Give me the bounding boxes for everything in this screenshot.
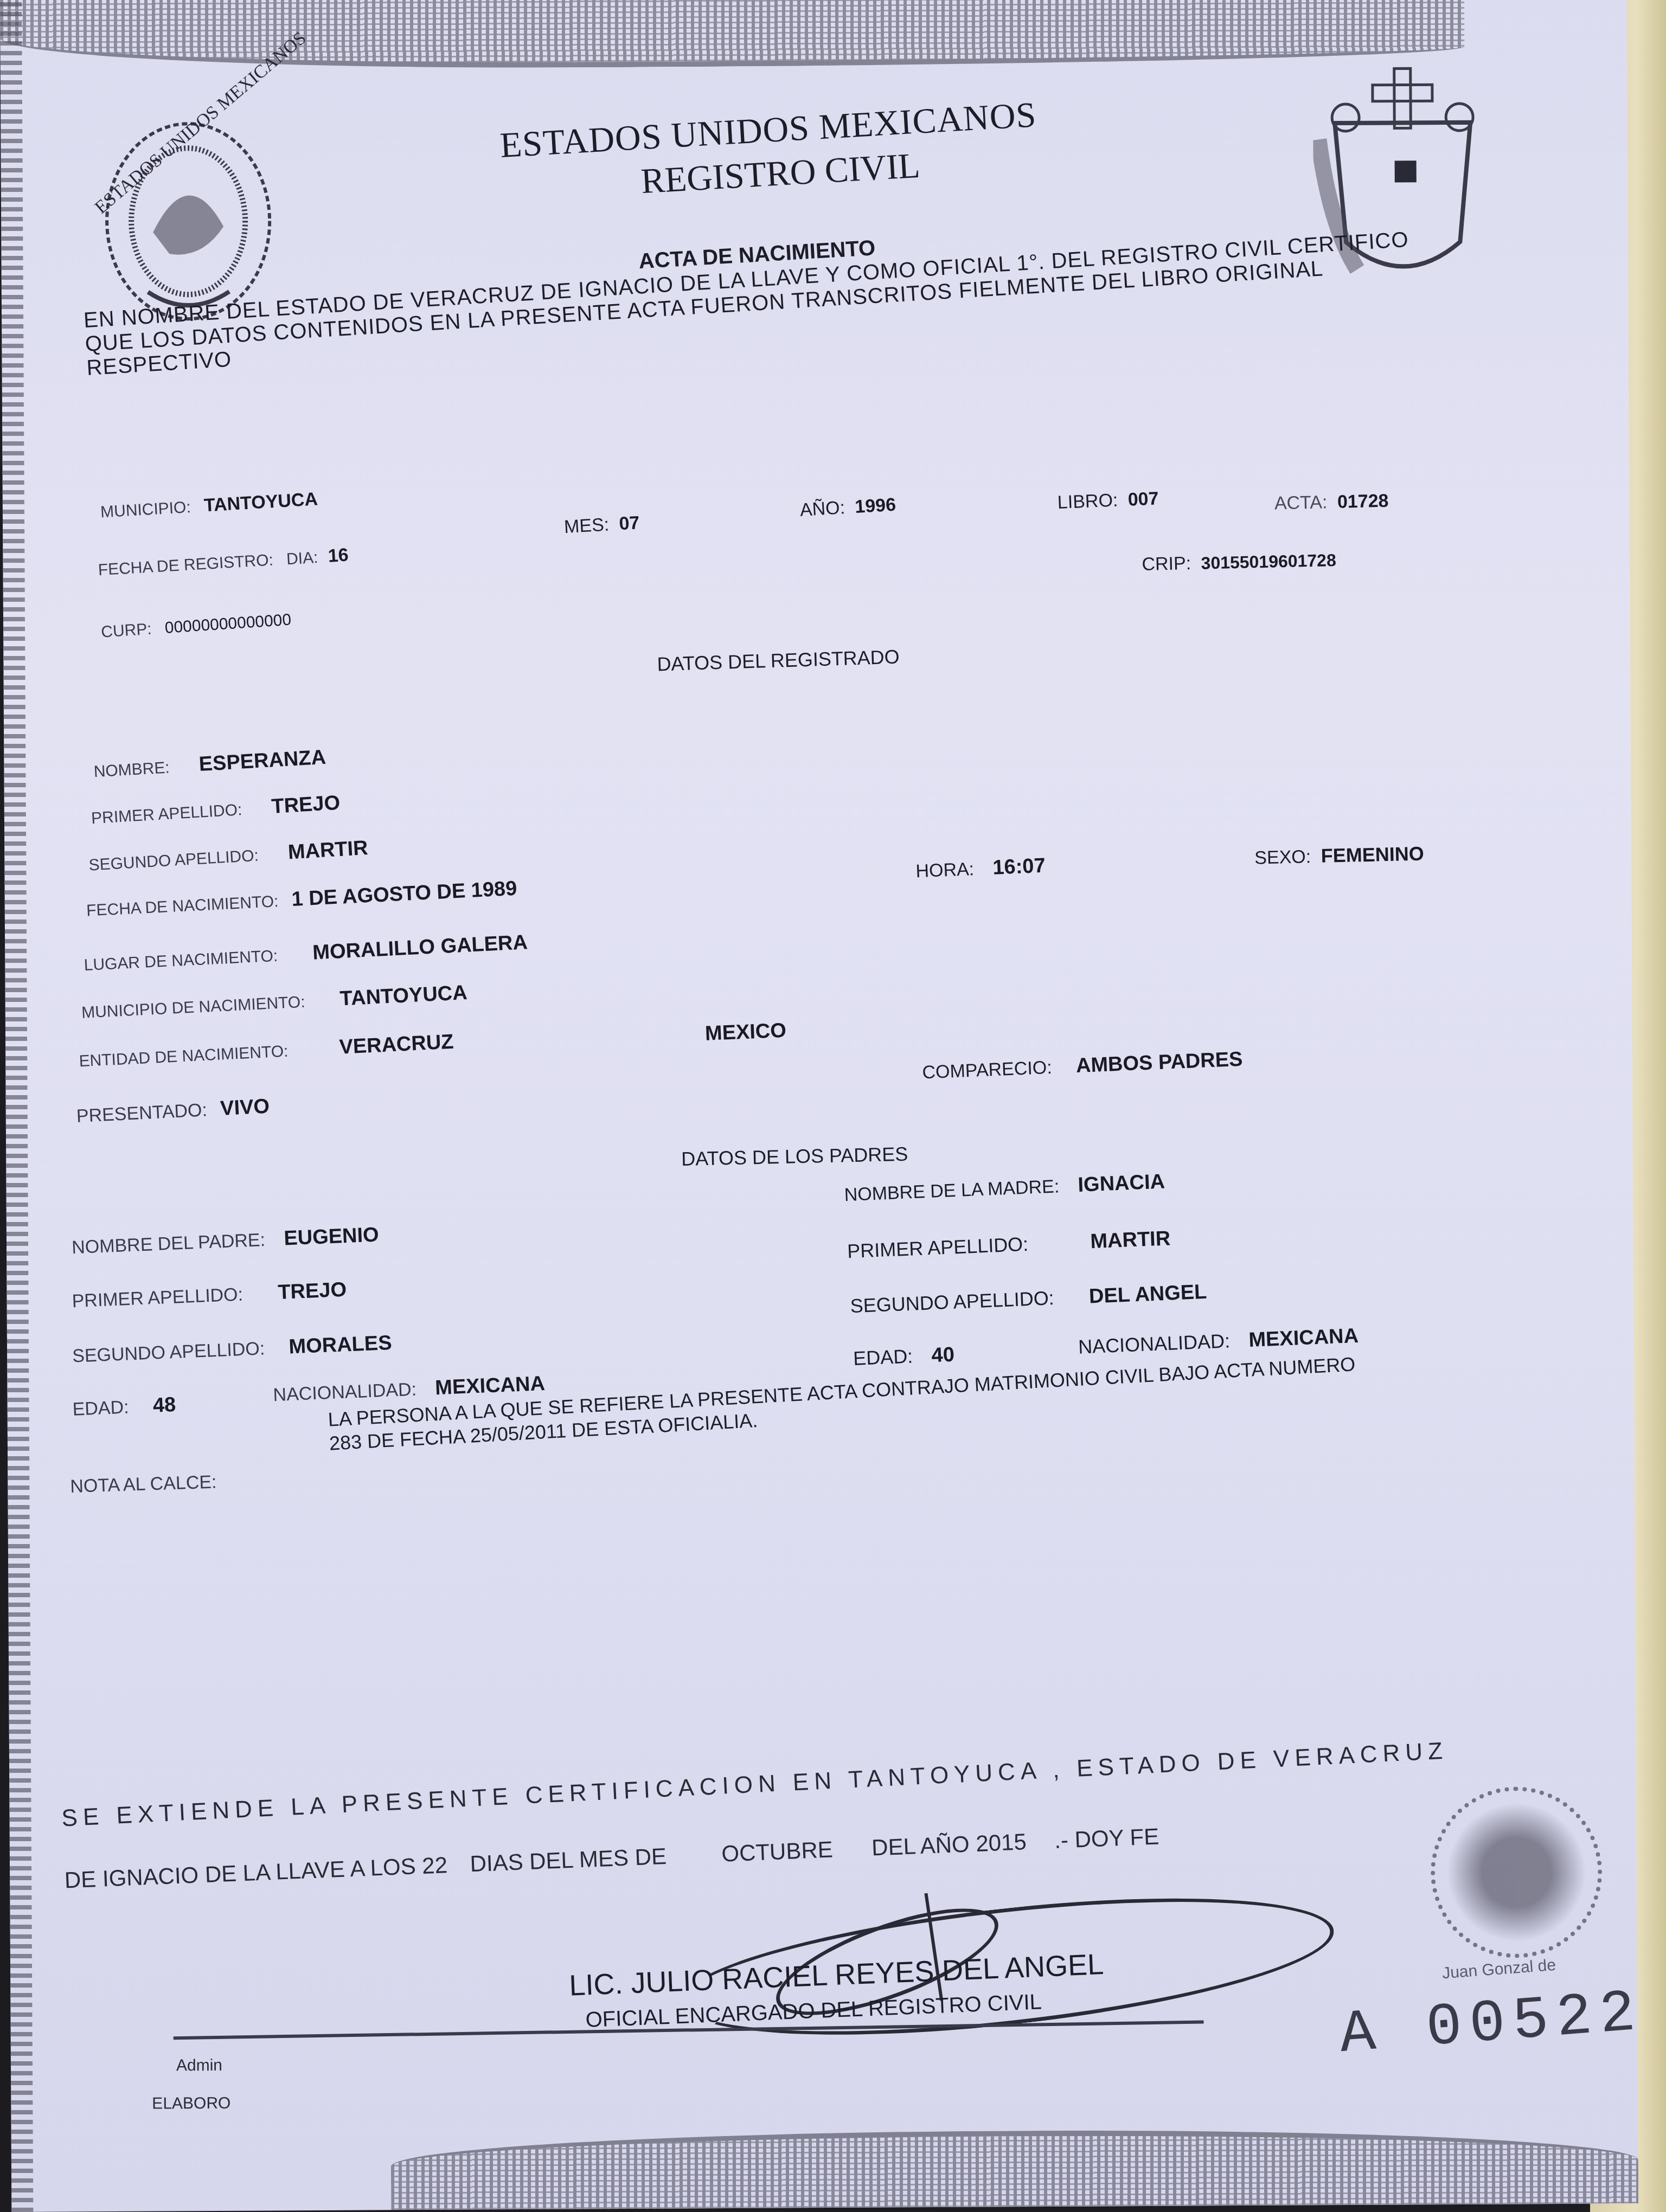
mes-value: 07 (618, 512, 640, 534)
comparecio-label: COMPARECIO: (922, 1057, 1053, 1083)
anio-label: AÑO: (799, 497, 845, 520)
madre-edad-label: EDAD: (853, 1345, 913, 1369)
fecha-nacimiento-value: 1 DE AGOSTO DE 1989 (291, 877, 518, 911)
curp-label: CURP: (100, 620, 152, 641)
field-hora: HORA: 16:07 (915, 854, 1046, 883)
acta-value: 01728 (1337, 491, 1389, 512)
field-madre-nombre: NOMBRE DE LA MADRE: IGNACIA (844, 1170, 1165, 1206)
field-fecha-registro: FECHA DE REGISTRO: DIA: 16 (98, 545, 349, 581)
field-municipio: MUNICIPIO: TANTOYUCA (100, 488, 318, 522)
madre-nacionalidad-label: NACIONALIDAD: (1078, 1329, 1230, 1358)
field-madre-primer-apellido: PRIMER APELLIDO: MARTIR (847, 1227, 1171, 1263)
dia-label: DIA: (286, 549, 318, 568)
fecha-nacimiento-label: FECHA DE NACIMIENTO: (86, 892, 279, 919)
cert-mes: OCTUBRE (721, 1837, 834, 1867)
padre-primer-apellido-label: PRIMER APELLIDO: (72, 1284, 244, 1312)
municipio-value: TANTOYUCA (203, 488, 318, 516)
municipio-nacimiento-label: MUNICIPIO DE NACIMIENTO: (81, 993, 305, 1022)
ornamental-border-left (0, 0, 33, 2212)
cert-mid: DIAS DEL MES DE (470, 1843, 667, 1877)
certificacion-line-1: SE EXTIENDE LA PRESENTE CERTIFICACION EN… (61, 1737, 1449, 1832)
field-padre-edad: EDAD: 48 (72, 1393, 176, 1421)
crip-value: 30155019601728 (1201, 550, 1336, 573)
field-fecha-nacimiento: FECHA DE NACIMIENTO: 1 DE AGOSTO DE 1989 (86, 877, 517, 922)
madre-primer-apellido-value: MARTIR (1090, 1227, 1171, 1253)
padre-nombre-label: NOMBRE DEL PADRE: (71, 1230, 265, 1258)
padre-primer-apellido-value: TREJO (278, 1278, 347, 1304)
nombre-value: ESPERANZA (198, 746, 326, 776)
madre-nombre-label: NOMBRE DE LA MADRE: (844, 1176, 1060, 1205)
field-comparecio: COMPARECIO: AMBOS PADRES (922, 1048, 1244, 1084)
madre-nombre-value: IGNACIA (1078, 1170, 1165, 1196)
field-libro: LIBRO: 007 (1057, 488, 1159, 513)
field-anio: AÑO: 1996 (799, 494, 896, 521)
presentado-label: PRESENTADO: (76, 1099, 208, 1127)
field-mes: MES: 07 (563, 512, 640, 538)
birth-certificate-sheet: ESTADOS UNIDOS MEXICANOS ESTADOS UNIDOS … (0, 0, 1638, 2212)
section-datos-padres: DATOS DE LOS PADRES (681, 1143, 908, 1171)
fecha-registro-label: FECHA DE REGISTRO: (98, 551, 274, 580)
field-entidad-nacimiento: ENTIDAD DE NACIMIENTO: VERACRUZ (79, 1031, 454, 1072)
certificacion-line-2: DE IGNACIO DE LA LLAVE A LOS 22 DIAS DEL… (64, 1823, 1159, 1893)
padre-segundo-apellido-value: MORALES (289, 1332, 393, 1359)
municipio-label: MUNICIPIO: (100, 498, 191, 522)
field-segundo-apellido: SEGUNDO APELLIDO: MARTIR (88, 837, 368, 876)
padre-nombre-value: EUGENIO (284, 1224, 380, 1250)
cert-anio: 2015 (975, 1829, 1027, 1856)
entidad-nacimiento-label: ENTIDAD DE NACIMIENTO: (79, 1043, 289, 1071)
crip-label: CRIP: (1142, 553, 1191, 575)
libro-value: 007 (1127, 488, 1159, 510)
municipio-nacimiento-value: TANTOYUCA (339, 981, 468, 1010)
padre-segundo-apellido-label: SEGUNDO APELLIDO: (72, 1338, 265, 1366)
section-datos-registrado: DATOS DEL REGISTRADO (657, 645, 900, 676)
sexo-label: SEXO: (1254, 846, 1311, 868)
cert-dia: 22 (421, 1852, 448, 1879)
hora-label: HORA: (915, 859, 975, 882)
field-madre-segundo-apellido: SEGUNDO APELLIDO: DEL ANGEL (850, 1281, 1207, 1318)
pais-value: MEXICO (704, 1019, 787, 1046)
primer-apellido-value: TREJO (271, 792, 341, 818)
madre-segundo-apellido-label: SEGUNDO APELLIDO: (850, 1287, 1054, 1317)
nota-text: LA PERSONA A LA QUE SE REFIERE LA PRESEN… (328, 1352, 1357, 1455)
official-seal-stamp-icon (1430, 1786, 1603, 1959)
acta-label: ACTA: (1274, 492, 1327, 513)
madre-edad-value: 40 (931, 1343, 955, 1367)
field-sexo: SEXO: FEMENINO (1254, 843, 1424, 869)
nota-label: NOTA AL CALCE: (70, 1471, 217, 1497)
stamp-caption: Juan Gonzal de (1441, 1956, 1556, 1983)
field-presentado: PRESENTADO: VIVO (76, 1095, 270, 1128)
padre-nacionalidad-label: NACIONALIDAD: (273, 1379, 417, 1406)
field-crip: CRIP: 30155019601728 (1142, 550, 1336, 575)
field-nombre: NOMBRE: ESPERANZA (93, 746, 327, 783)
hora-value: 16:07 (992, 854, 1046, 879)
ornamental-border-bottom (391, 2127, 1639, 2210)
padre-edad-label: EDAD: (72, 1397, 129, 1420)
padre-edad-value: 48 (152, 1393, 176, 1417)
field-curp: CURP: 00000000000000 (100, 611, 292, 642)
primer-apellido-label: PRIMER APELLIDO: (91, 801, 242, 827)
madre-primer-apellido-label: PRIMER APELLIDO: (847, 1233, 1028, 1262)
padre-nacionalidad-value: MEXICANA (434, 1372, 545, 1399)
mes-label: MES: (563, 514, 610, 537)
folio-number: A 0052214 (1337, 1972, 1638, 2069)
madre-segundo-apellido-value: DEL ANGEL (1088, 1281, 1207, 1308)
elaboro-label: ELABORO (152, 2094, 230, 2113)
field-madre-edad: EDAD: 40 (853, 1343, 954, 1371)
segundo-apellido-value: MARTIR (287, 837, 369, 864)
field-padre-nombre: NOMBRE DEL PADRE: EUGENIO (71, 1224, 379, 1259)
field-municipio-nacimiento: MUNICIPIO DE NACIMIENTO: TANTOYUCA (81, 981, 468, 1024)
sexo-value: FEMENINO (1321, 843, 1424, 867)
libro-label: LIBRO: (1057, 490, 1118, 513)
cert-prefix: DE IGNACIO DE LA LLAVE A LOS (64, 1853, 416, 1893)
comparecio-value: AMBOS PADRES (1075, 1048, 1243, 1077)
field-primer-apellido: PRIMER APELLIDO: TREJO (91, 792, 341, 829)
field-acta: ACTA: 01728 (1274, 491, 1388, 515)
lugar-nacimiento-label: LUGAR DE NACIMIENTO: (84, 947, 278, 974)
field-padre-segundo-apellido: SEGUNDO APELLIDO: MORALES (72, 1332, 392, 1368)
nombre-label: NOMBRE: (93, 758, 170, 781)
lugar-nacimiento-value: MORALILLO GALERA (312, 931, 528, 964)
cert-anio-label: DEL AÑO (871, 1831, 970, 1860)
anio-value: 1996 (854, 494, 896, 517)
ornamental-border-top (0, 0, 1465, 70)
madre-nacionalidad-value: MEXICANA (1248, 1324, 1359, 1352)
segundo-apellido-label: SEGUNDO APELLIDO: (88, 847, 259, 874)
elaboro-user: Admin (176, 2056, 222, 2075)
cert-closing: .- DOY FE (1054, 1823, 1159, 1853)
curp-value: 00000000000000 (164, 611, 292, 637)
field-lugar-nacimiento: LUGAR DE NACIMIENTO: MORALILLO GALERA (84, 931, 528, 976)
presentado-value: VIVO (220, 1095, 270, 1120)
dia-value: 16 (328, 545, 349, 567)
entidad-nacimiento-value: VERACRUZ (339, 1031, 454, 1059)
field-padre-primer-apellido: PRIMER APELLIDO: TREJO (72, 1278, 347, 1313)
